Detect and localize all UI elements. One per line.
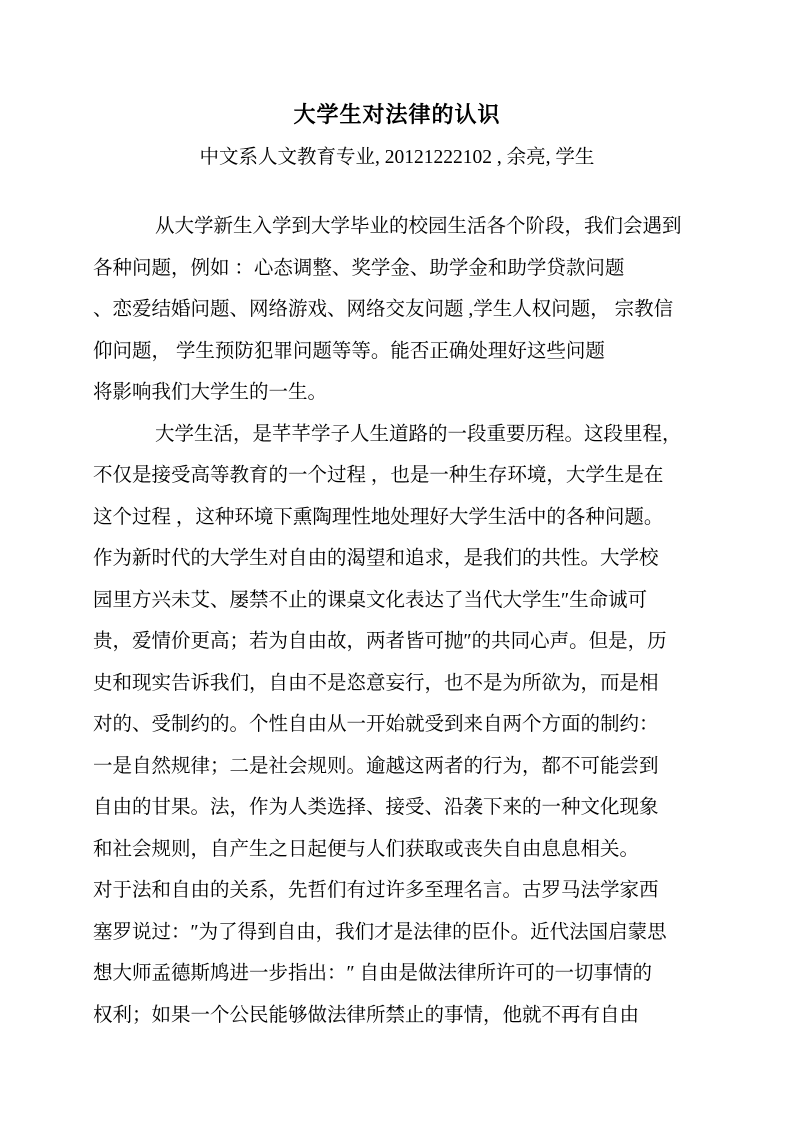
text-line: 贵，爱情价更高；若为自由故，两者皆可抛″的共同心声。但是，历 — [93, 621, 703, 663]
text-line: 、恋爱结婚问题、网络游戏、网络交友问题 ,学生人权问题， 宗教信 — [93, 289, 703, 331]
text-line: 自由的甘果。法，作为人类选择、接受、沿袭下来的一种文化现象 — [93, 787, 703, 829]
text-line: 不仅是接受高等教育的一个过程 ，也是一种生存环境，大学生是在 — [93, 455, 703, 497]
text-line: 从大学新生入学到大学毕业的校园生活各个阶段，我们会遇到 — [93, 206, 703, 248]
text-line: 史和现实告诉我们，自由不是恣意妄行，也不是为所欲为，而是相 — [93, 663, 703, 705]
document-title: 大学生对法律的认识 — [0, 100, 794, 130]
text-line: 对的、受制约的。个性自由从一开始就受到来自两个方面的制约： — [93, 704, 703, 746]
text-line: 这个过程 ，这种环境下熏陶理性地处理好大学生活中的各种问题。 — [93, 497, 703, 539]
text-line: 作为新时代的大学生对自由的渴望和追求，是我们的共性。大学校 — [93, 538, 703, 580]
text-line: 仰问题， 学生预防犯罪问题等等。能否正确处理好这些问题 — [93, 331, 703, 373]
text-line: 园里方兴未艾、屡禁不止的课桌文化表达了当代大学生″生命诚可 — [93, 580, 703, 622]
text-line: 各种问题，例如 ：心态调整、奖学金、助学金和助学贷款问题 — [93, 248, 703, 290]
text-line: 想大师孟德斯鸠进一步指出：″ 自由是做法律所许可的一切事情的 — [93, 953, 703, 995]
text-line: 对于法和自由的关系，先哲们有过许多至理名言。古罗马法学家西 — [93, 870, 703, 912]
document-page: 大学生对法律的认识 中文系人文教育专业, 20121222102 , 余亮, 学… — [0, 0, 794, 1123]
text-line: 将影响我们大学生的一生。 — [93, 372, 703, 414]
document-body: 从大学新生入学到大学毕业的校园生活各个阶段，我们会遇到各种问题，例如 ：心态调整… — [93, 206, 703, 1036]
text-line: 和社会规则，自产生之日起便与人们获取或丧失自由息息相关。 — [93, 829, 703, 871]
document-byline: 中文系人文教育专业, 20121222102 , 余亮, 学生 — [0, 144, 794, 172]
text-line: 大学生活，是芊芊学子人生道路的一段重要历程。这段里程， — [93, 414, 703, 456]
text-line: 一是自然规律；二是社会规则。逾越这两者的行为，都不可能尝到 — [93, 746, 703, 788]
text-line: 权利；如果一个公民能够做法律所禁止的事情，他就不再有自由 — [93, 995, 703, 1037]
text-line: 塞罗说过：″为了得到自由，我们才是法律的臣仆。近代法国启蒙思 — [93, 912, 703, 954]
